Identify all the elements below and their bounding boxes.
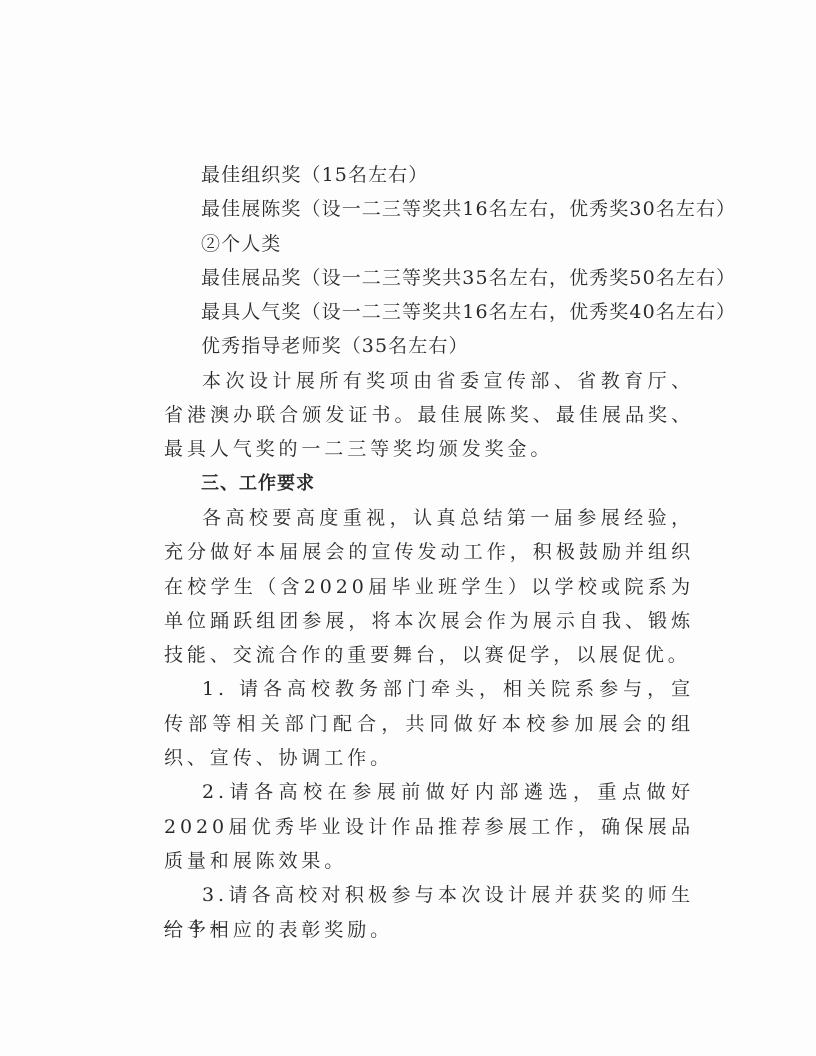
page-number: — 4 — — [163, 917, 229, 937]
requirement-item-1: 1. 请各高校教务部门牵头，相关院系参与，宣传部等相关部门配合，共同做好本校参加… — [164, 672, 694, 775]
individual-category-heading: ②个人类 — [164, 227, 694, 261]
certificate-paragraph: 本次设计展所有奖项由省委宣传部、省教育厅、省港澳办联合颁发证书。最佳展陈奖、最佳… — [164, 364, 694, 467]
award-excellent-instructor: 优秀指导老师奖（35名左右） — [164, 329, 694, 363]
document-body: 最佳组织奖（15名左右） 最佳展陈奖（设一二三等奖共16名左右，优秀奖30名左右… — [164, 158, 694, 947]
requirement-item-3: 3.请各高校对积极参与本次设计展并获奖的师生给予相应的表彰奖励。 — [164, 878, 694, 947]
award-best-exhibit: 最佳展品奖（设一二三等奖共35名左右，优秀奖50名左右） — [164, 261, 694, 295]
work-requirements-intro: 各高校要高度重视，认真总结第一届参展经验，充分做好本届展会的宣传发动工作，积极鼓… — [164, 501, 694, 672]
award-best-exhibition-display: 最佳展陈奖（设一二三等奖共16名左右，优秀奖30名左右） — [164, 192, 694, 226]
award-best-organization: 最佳组织奖（15名左右） — [164, 158, 694, 192]
award-most-popular: 最具人气奖（设一二三等奖共16名左右，优秀奖40名左右） — [164, 295, 694, 329]
requirement-item-2: 2.请各高校在参展前做好内部遴选，重点做好2020届优秀毕业设计作品推荐参展工作… — [164, 775, 694, 878]
section-heading-work-requirements: 三、工作要求 — [164, 467, 694, 501]
